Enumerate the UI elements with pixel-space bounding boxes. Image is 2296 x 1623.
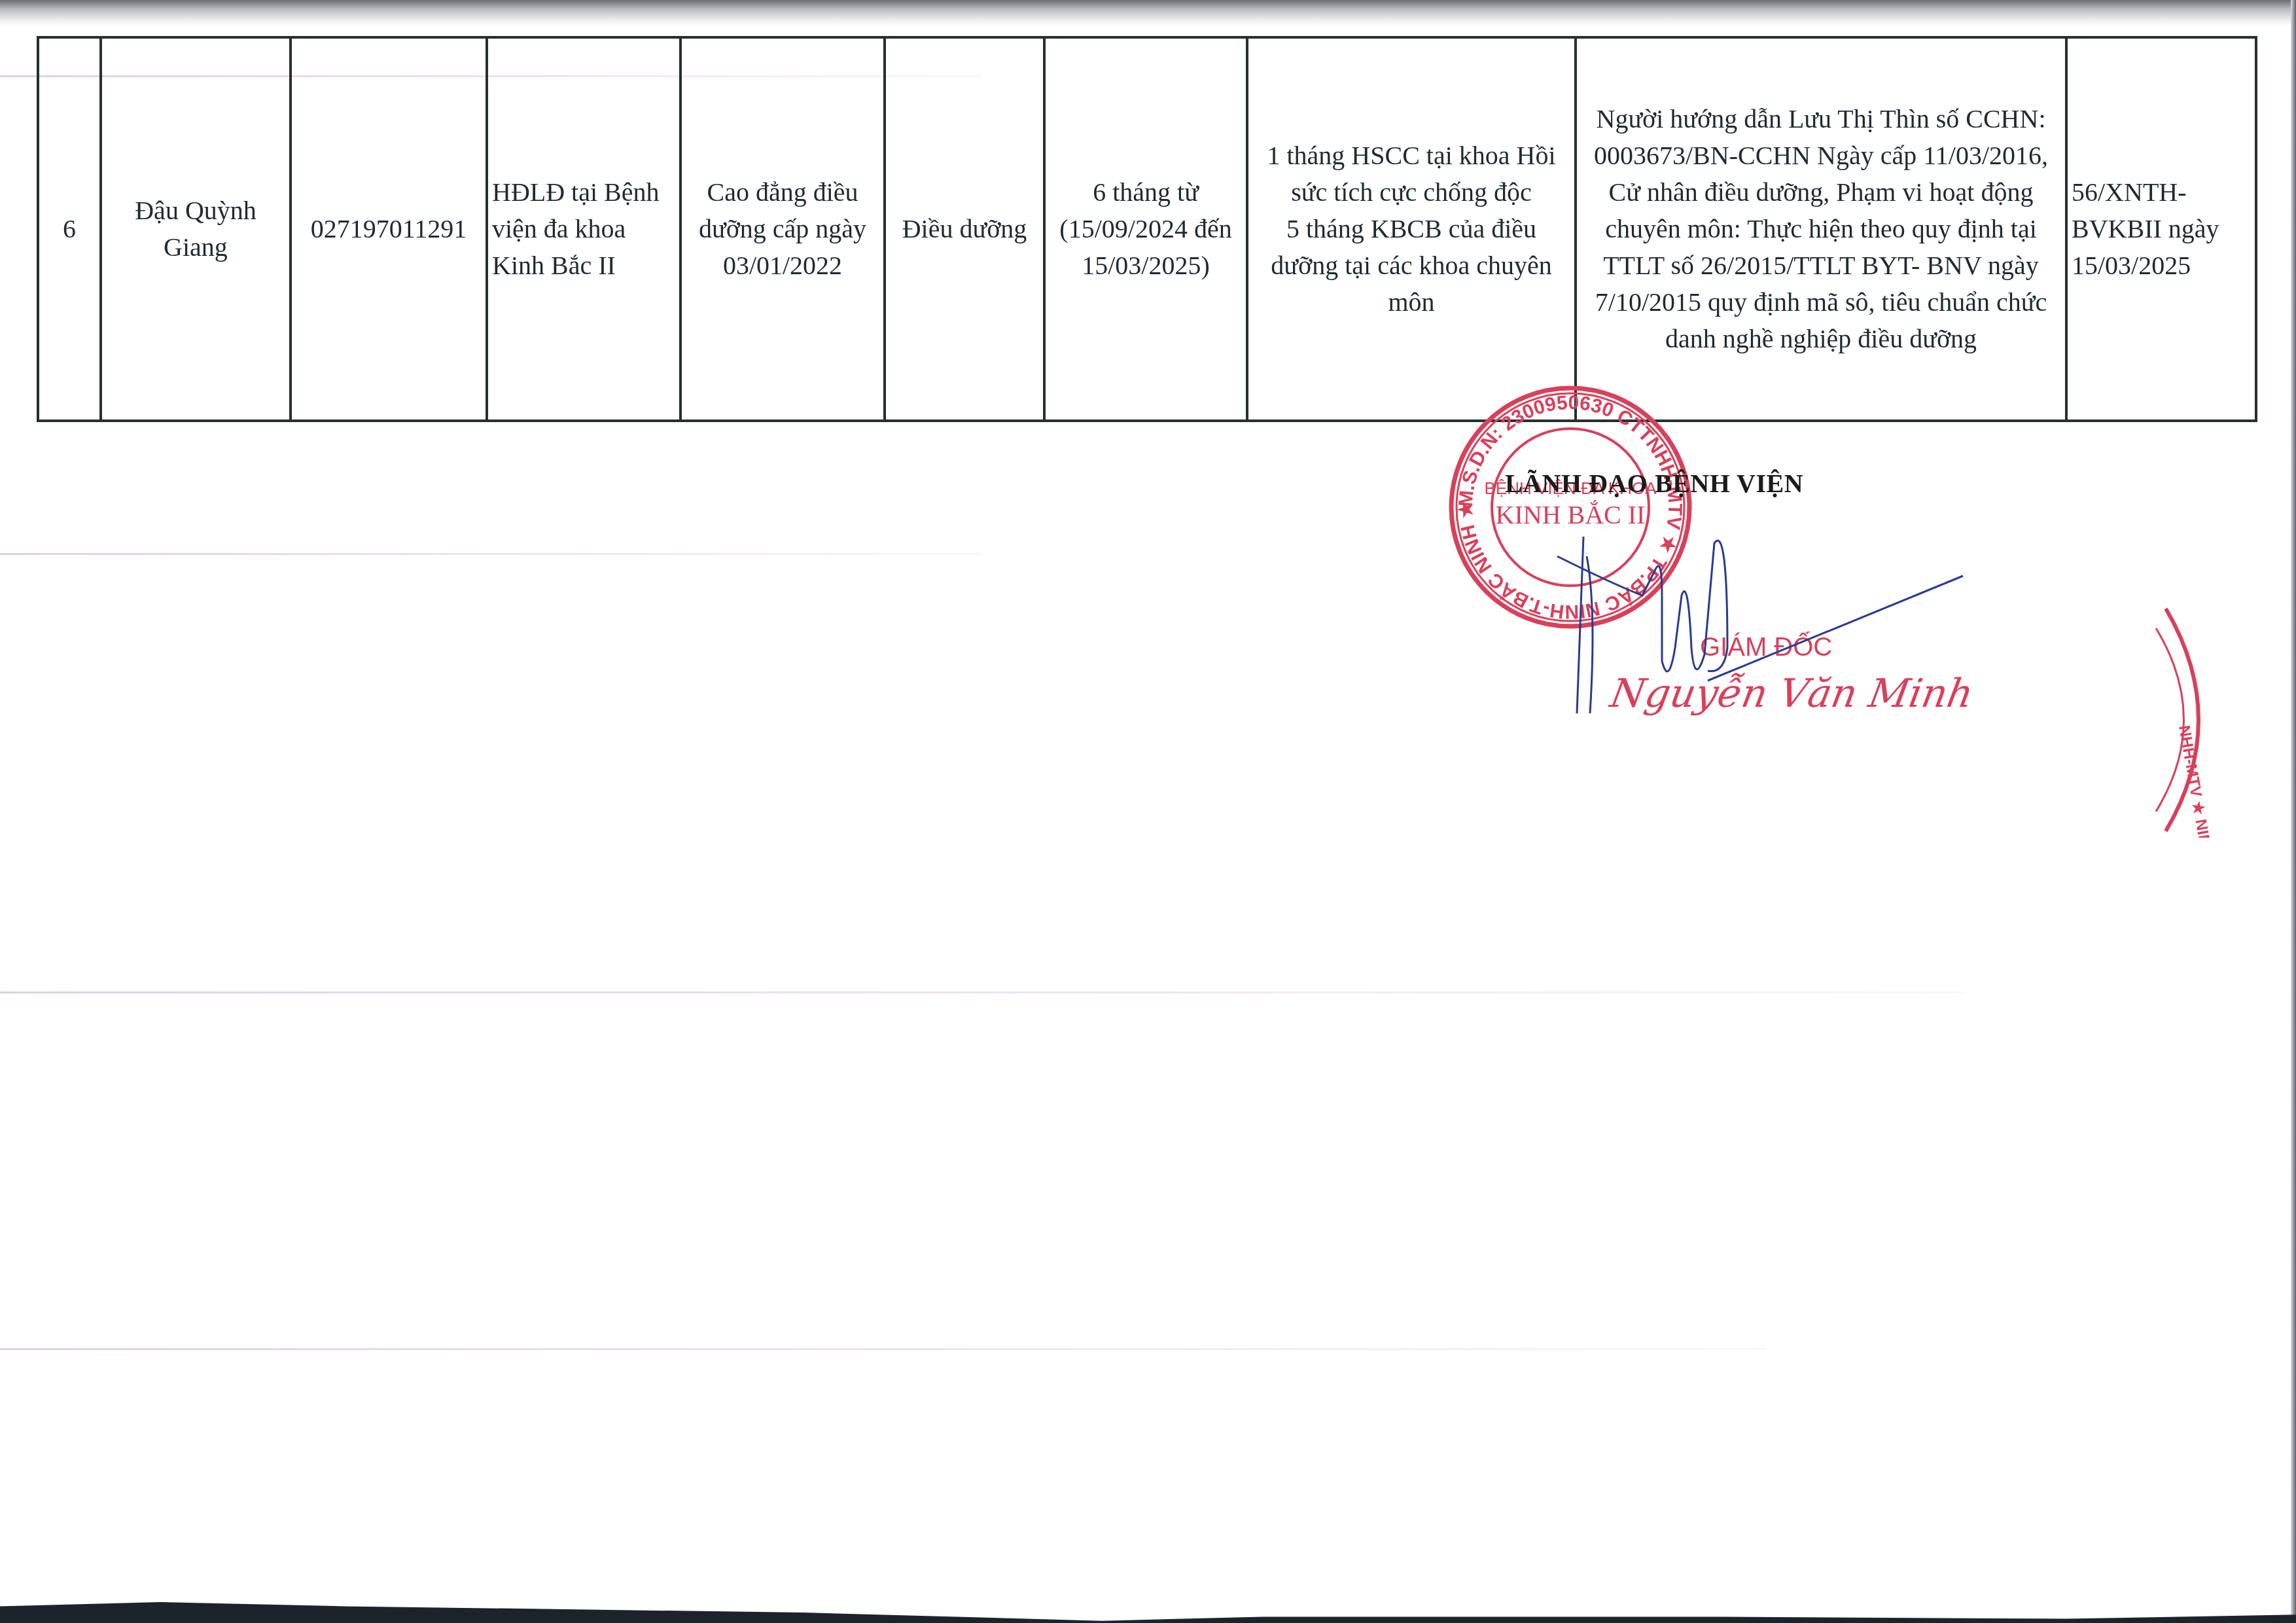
cell-supervisor: Người hướng dẫn Lưu Thị Thìn số CCHN: 00…	[1576, 37, 2066, 421]
cell-training-content: 1 tháng HSCC tại khoa Hồi sức tích cực c…	[1247, 37, 1576, 421]
cell-employment: HĐLĐ tại Bệnh viện đa khoa Kinh Bắc II	[487, 37, 680, 421]
scan-artifact-line	[0, 1348, 1767, 1350]
signature-title: LÃNH ĐẠO BỆNH VIỆN	[1505, 468, 1803, 499]
cell-qualification: Cao đẳng điều dưỡng cấp ngày 03/01/2022	[680, 37, 885, 421]
training-record-table: 6 Đậu Quỳnh Giang 027197011291 HĐLĐ tại …	[37, 36, 2257, 422]
scan-top-shadow	[0, 0, 2296, 26]
scan-artifact-line	[0, 553, 981, 555]
cell-id-number: 027197011291	[291, 37, 487, 421]
cell-full-name: Đậu Quỳnh Giang	[101, 37, 291, 421]
cell-duration: 6 tháng từ (15/09/2024 đến 15/03/2025)	[1044, 37, 1247, 421]
scan-artifact-line	[0, 991, 1963, 993]
handwritten-signature-icon	[1531, 517, 1989, 733]
partial-stamp-icon: NHH-MTV ★ NINH	[2153, 602, 2238, 838]
cell-confirmation: 56/XNTH-BVKBII ngày 15/03/2025	[2066, 37, 2256, 421]
table-row: 6 Đậu Quỳnh Giang 027197011291 HĐLĐ tại …	[38, 37, 2256, 421]
cell-stt: 6	[38, 37, 101, 421]
svg-text:NHH-MTV ★ NINH: NHH-MTV ★ NINH	[2175, 724, 2216, 838]
cell-specialty: Điều dưỡng	[885, 37, 1044, 421]
scan-bottom-shadow	[0, 1602, 2296, 1623]
scan-right-edge	[2291, 0, 2296, 1623]
